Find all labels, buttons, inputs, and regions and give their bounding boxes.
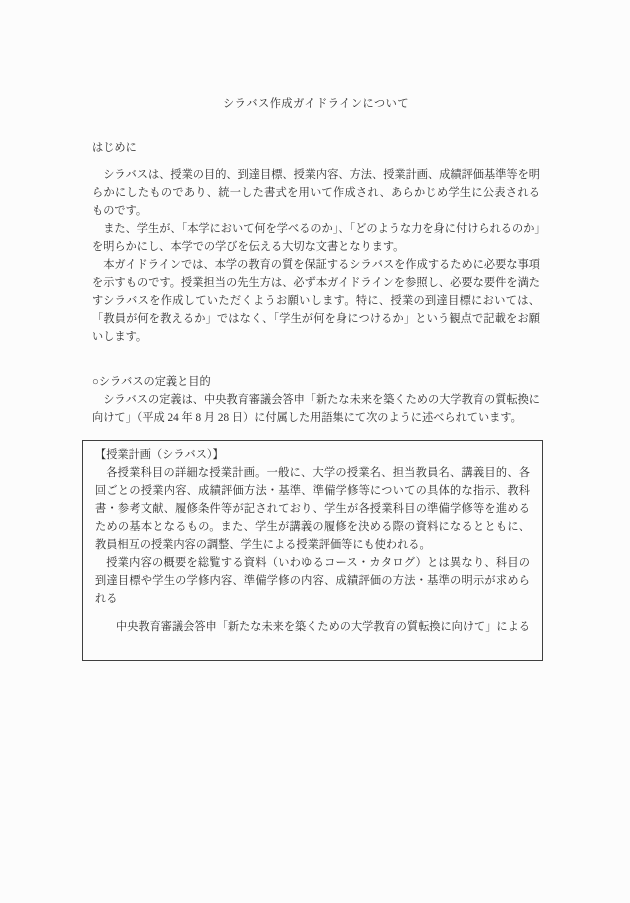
intro-paragraph-2: また、学生が、「本学において何を学べるのか」、「どのような力を身に付けられるのか… (92, 220, 540, 256)
definition-box-paragraph-1: 各授業科目の詳細な授業計画。一般に、大学の授業名、担当教員名、講義目的、各回ごと… (95, 464, 530, 554)
definition-box: 【授業計画（シラバス）】 各授業科目の詳細な授業計画。一般に、大学の授業名、担当… (82, 440, 543, 661)
document-page: シラバス作成ガイドラインについて はじめに シラバスは、授業の目的、到達目標、授… (0, 0, 630, 903)
definition-lead-paragraph: シラバスの定義は、中央教育審議会答申「新たな未来を築くための大学教育の質転換に向… (92, 391, 540, 427)
section-heading-intro: はじめに (92, 139, 540, 157)
document-title: シラバス作成ガイドラインについて (92, 95, 540, 113)
definition-box-title: 【授業計画（シラバス）】 (95, 446, 530, 464)
intro-paragraph-1: シラバスは、授業の目的、到達目標、授業内容、方法、授業計画、成績評価基準等を明ら… (92, 166, 540, 220)
section-heading-definition: ○シラバスの定義と目的 (92, 373, 540, 391)
definition-box-attribution: 中央教育審議会答申「新たな未来を築くための大学教育の質転換に向けて」による (95, 618, 530, 636)
intro-paragraph-3: 本ガイドラインでは、本学の教育の質を保証するシラバスを作成するために必要な事項を… (92, 256, 540, 346)
definition-box-paragraph-2: 授業内容の概要を総覧する資料（いわゆるコース・カタログ）とは異なり、科目の到達目… (95, 554, 530, 608)
document-content: シラバス作成ガイドラインについて はじめに シラバスは、授業の目的、到達目標、授… (0, 0, 630, 661)
